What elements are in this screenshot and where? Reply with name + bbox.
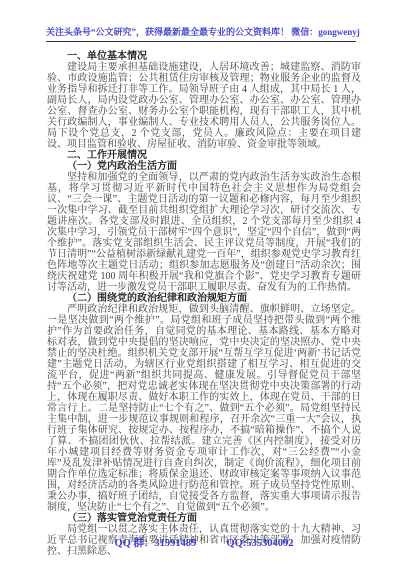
subsection-1-heading: （一）党内政治生活方面: [47, 161, 361, 172]
subsection-3-heading: （三）落实管党治党责任方面: [47, 513, 361, 524]
promo-header-banner: 关注头条号“公文研究”，获得最新最全最专业的公文资料库！ 微信：gongweny…: [46, 27, 356, 42]
document-body: 一、单位基本情况 建设局主要承担基础设施建设，人居环境改善；城建监察、消防审验、…: [47, 51, 361, 557]
section-2-heading: 二、工作开展情况: [47, 150, 361, 161]
qq-group-contact: QQ 群：31991489: [114, 538, 196, 549]
qq-contact: QQ:535304092: [226, 538, 293, 549]
paragraph: 坚持和加强党的全面领导，以严肃的党内政治生活夯实政治生态根基，将学习贯彻习近平新…: [47, 172, 361, 293]
contact-footer: QQ 群：31991489QQ:535304092: [0, 537, 408, 550]
subsection-2-heading: （二）围绕党的政治纪律和政治规矩方面: [47, 293, 361, 304]
section-1-heading: 一、单位基本情况: [47, 51, 361, 62]
paragraph: 建设局主要承担基础设施建设，人居环境改善；城建监察、消防审验、市政设施监管；公共…: [47, 62, 361, 150]
paragraph: 严明政治纪律和政治规矩，做到头脑清醒、旗帜鲜明、立场坚定。一是坚决做到“两个维护…: [47, 304, 361, 513]
document-page: 关注头条号“公文研究”，获得最新最全最专业的公文资料库！ 微信：gongweny…: [0, 0, 408, 580]
